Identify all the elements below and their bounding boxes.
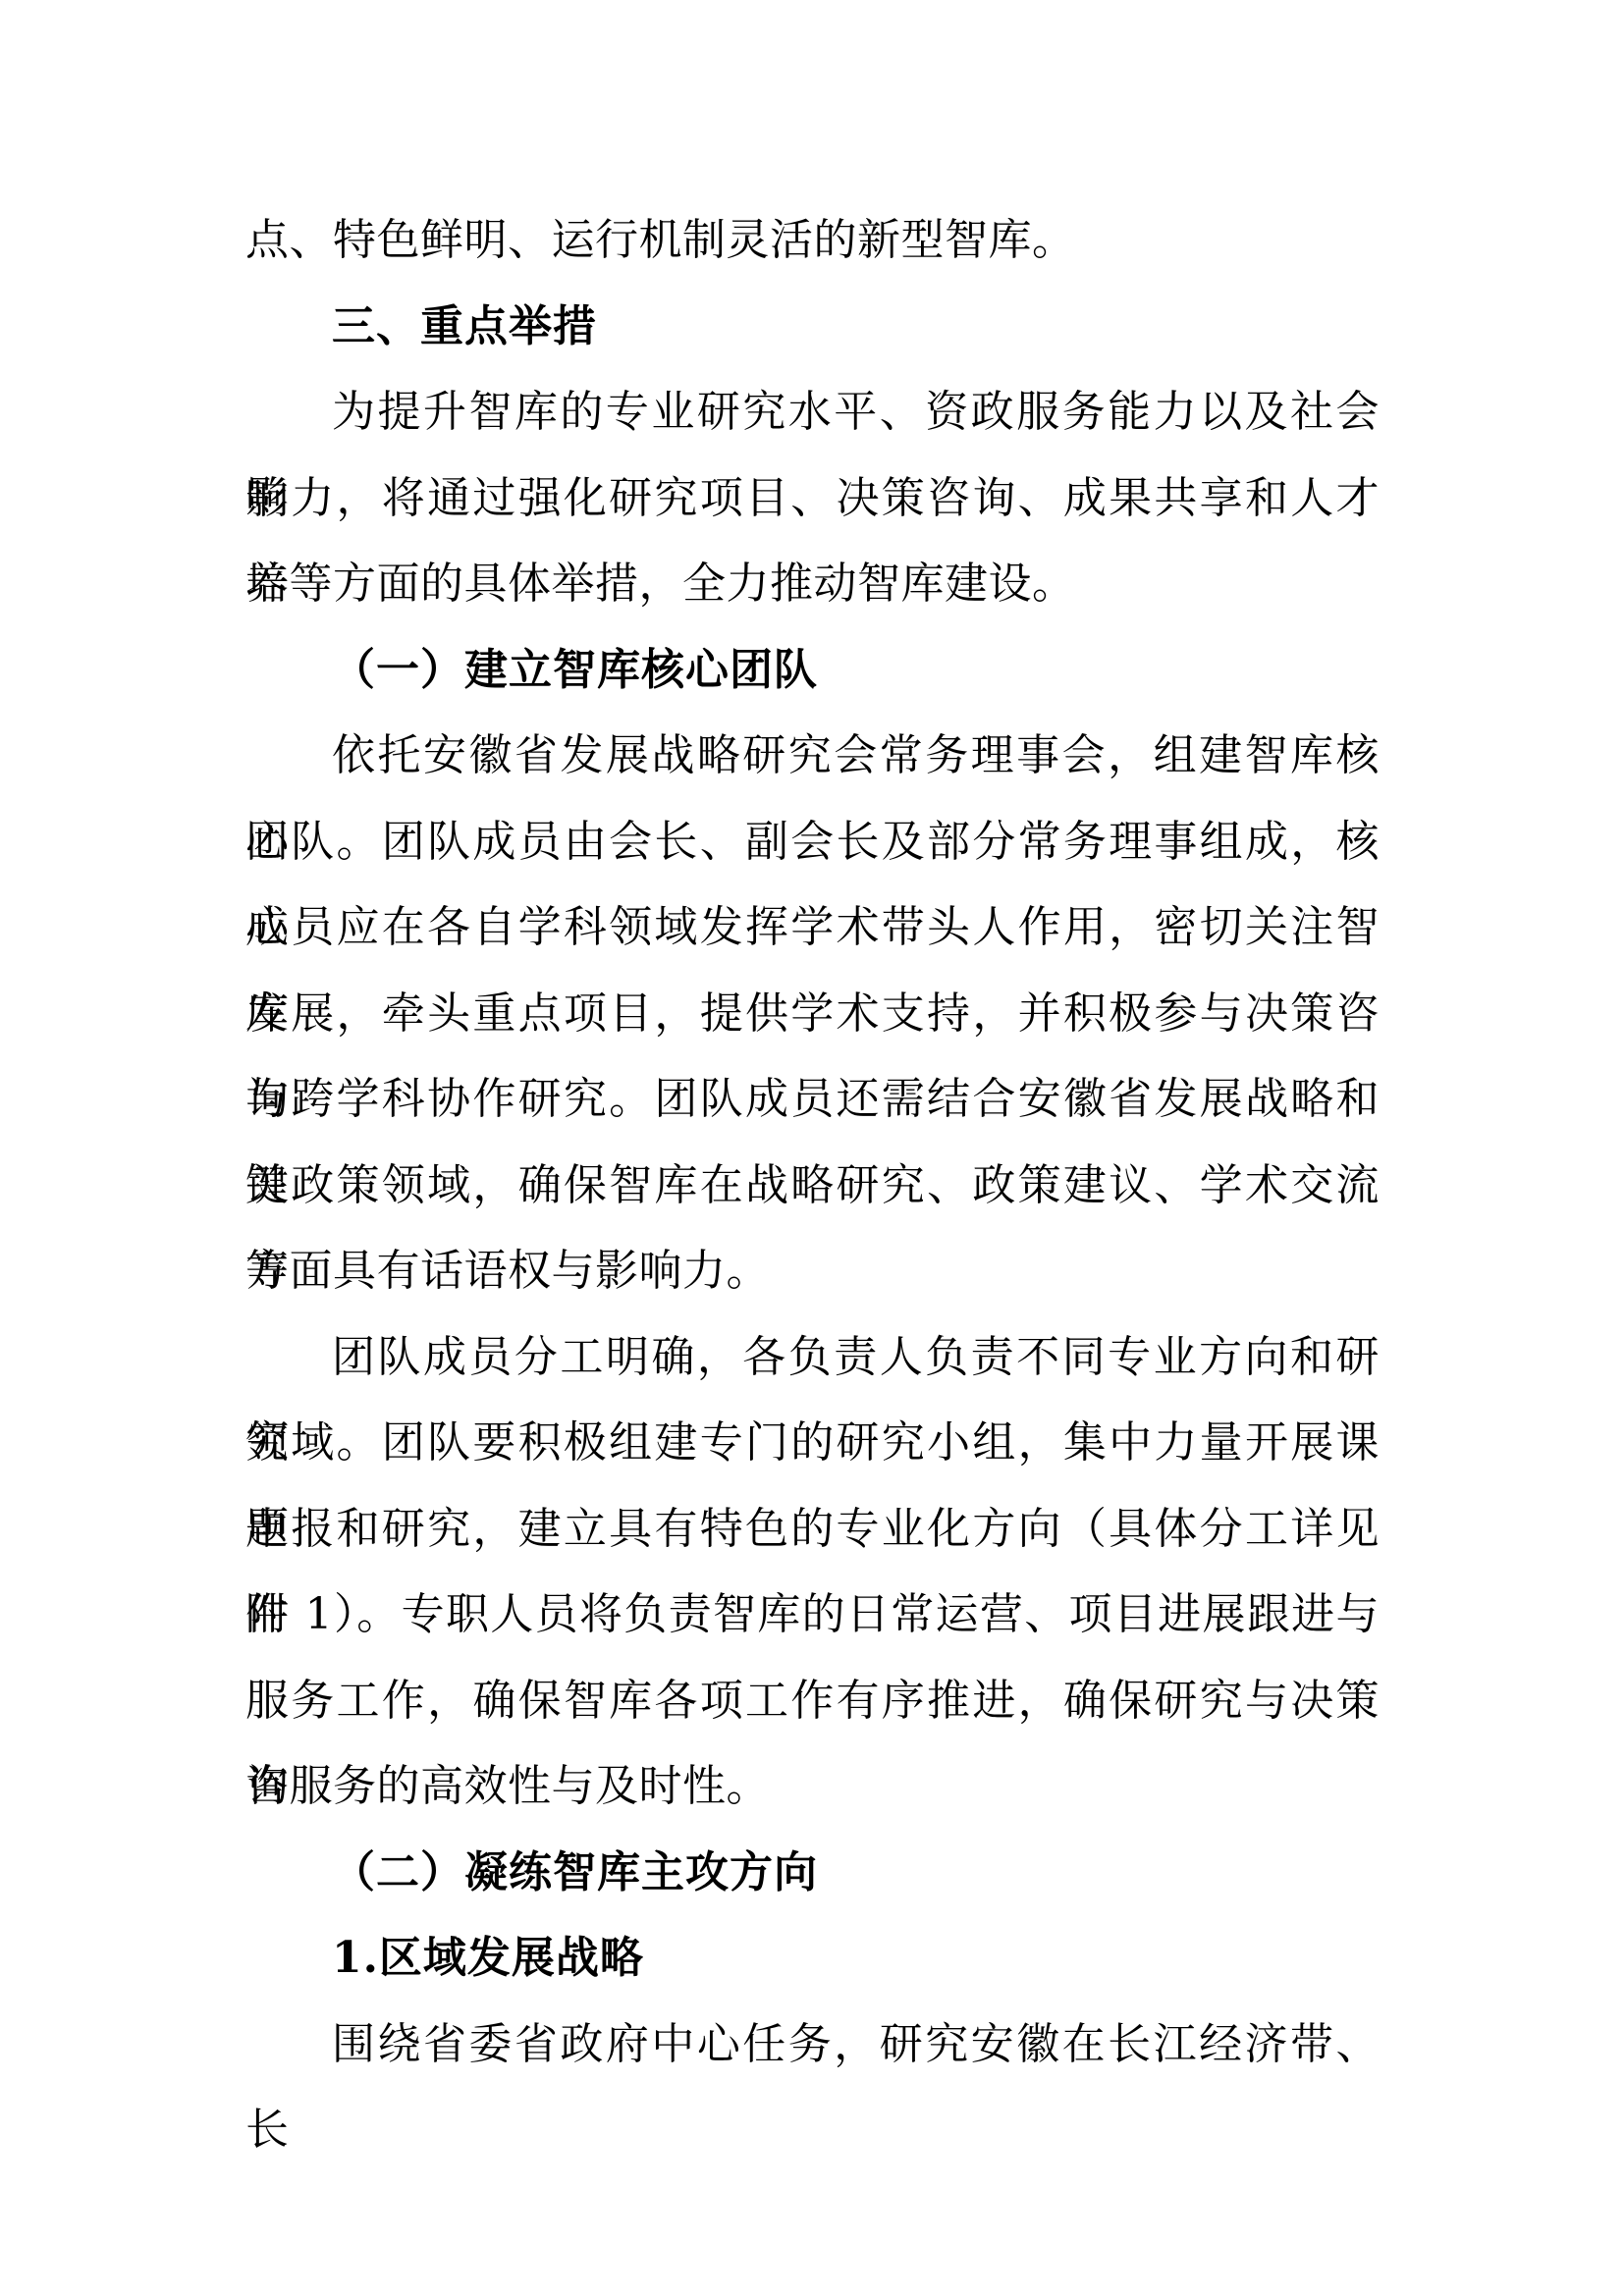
subsection-heading: （一）建立智库核心团队 (245, 627, 1380, 714)
body-text-line: 响力，将通过强化研究项目、决策咨询、成果共享和人才培 (245, 455, 1380, 542)
body-text-line: 成员应在各自学科领域发挥学术带头人作用，密切关注智库 (245, 884, 1380, 971)
body-text-line: 方面具有话语权与影响力。 (245, 1228, 1380, 1314)
body-text-line: 键政策领域，确保智库在战略研究、政策建议、学术交流等 (245, 1143, 1380, 1229)
body-text-line: 养等方面的具体举措，全力推动智库建设。 (245, 541, 1380, 627)
body-text-line: 为提升智库的专业研究水平、资政服务能力以及社会影 (245, 369, 1380, 455)
body-text-line: 服务工作，确保智库各项工作有序推进，确保研究与决策咨 (245, 1658, 1380, 1744)
body-text-line: 申报和研究，建立具有特色的专业化方向（具体分工详见附 (245, 1486, 1380, 1573)
document-page: 点、特色鲜明、运行机制灵活的新型智库。三、重点举措为提升智库的专业研究水平、资政… (0, 0, 1624, 2296)
body-text-line: 询服务的高效性与及时性。 (245, 1743, 1380, 1830)
body-text-line: 团队。团队成员由会长、副会长及部分常务理事组成，核心 (245, 799, 1380, 885)
body-text-line: 领域。团队要积极组建专门的研究小组，集中力量开展课题 (245, 1400, 1380, 1486)
body-text-line: 围绕省委省政府中心任务，研究安徽在长江经济带、长 (245, 2002, 1380, 2088)
subsection-heading: （二）凝练智库主攻方向 (245, 1830, 1380, 1916)
body-text-line: 发展，牵头重点项目，提供学术支持，并积极参与决策咨询 (245, 971, 1380, 1057)
body-text-line: 点、特色鲜明、运行机制灵活的新型智库。 (245, 197, 1380, 284)
body-text-line: 依托安徽省发展战略研究会常务理事会，组建智库核心 (245, 713, 1380, 799)
body-text-line: 与跨学科协作研究。团队成员还需结合安徽省发展战略和关 (245, 1056, 1380, 1143)
numbered-heading: 1.区域发展战略 (245, 1915, 1380, 2002)
body-text-line: 件 1）。专职人员将负责智库的日常运营、项目进展跟进与 (245, 1572, 1380, 1658)
section-heading: 三、重点举措 (245, 284, 1380, 370)
document-body: 点、特色鲜明、运行机制灵活的新型智库。三、重点举措为提升智库的专业研究水平、资政… (245, 197, 1380, 2087)
body-text-line: 团队成员分工明确，各负责人负责不同专业方向和研究 (245, 1314, 1380, 1401)
